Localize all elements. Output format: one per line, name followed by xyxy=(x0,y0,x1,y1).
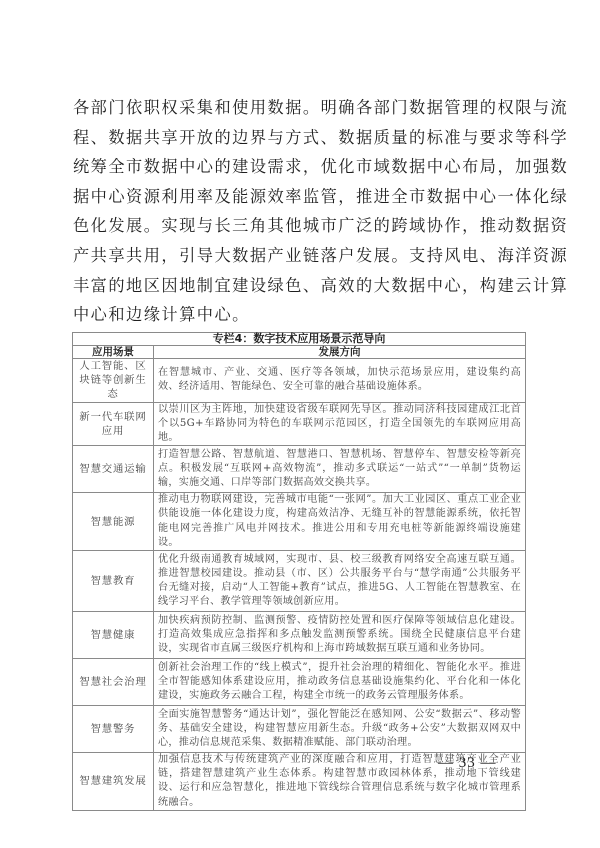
table-row: 智慧警务 全面实施智慧警务“通达计划”，强化智能泛在感知网、公安“数据云”、移动… xyxy=(73,706,526,753)
direction-cell: 打造智慧公路、智慧航道、智慧港口、智慧机场、智慧停车、智慧安检等新亮点。积极发展… xyxy=(154,446,526,493)
scene-cell: 智慧警务 xyxy=(73,706,154,753)
direction-cell: 推动电力物联网建设，完善城市电能“一张网”。加大工业园区、重点工业企业供能设施一… xyxy=(154,493,526,551)
paragraph-line: 程、数据共享开放的边界与方式、数据质量的标准与要求等科学 xyxy=(73,123,533,153)
scene-cell: 智慧交通运输 xyxy=(73,446,154,493)
scene-cell: 智慧教育 xyxy=(73,551,154,612)
document-page: 各部门依职权采集和使用数据。明确各部门数据管理的权限与流 程、数据共享开放的边界… xyxy=(0,0,600,848)
table-header-row: 应用场景 发展方向 xyxy=(73,346,526,359)
paragraph-line: 统筹全市数据中心的建设需求，优化市域数据中心布局，加强数 xyxy=(73,152,533,182)
scene-cell: 新一代车联网应用 xyxy=(73,402,154,446)
paragraph-line: 各部门依职权采集和使用数据。明确各部门数据管理的权限与流 xyxy=(73,93,533,123)
table-row: 新一代车联网应用 以崇川区为主阵地，加快建设省级车联网先导区。推动同济科技园建成… xyxy=(73,402,526,446)
scene-cell: 智慧建筑发展 xyxy=(73,753,154,811)
direction-cell: 加快疾病预防控制、监测预警、疫情防控处置和医疗保障等领域信息化建设。打造高效集成… xyxy=(154,612,526,659)
body-paragraph: 各部门依职权采集和使用数据。明确各部门数据管理的权限与流 程、数据共享开放的边界… xyxy=(73,93,533,330)
direction-cell: 在智慧城市、产业、交通、医疗等各领域，加快示范场景应用，建设集约高效、经济适用、… xyxy=(154,359,526,403)
table-row: 智慧能源 推动电力物联网建设，完善城市电能“一张网”。加大工业园区、重点工业企业… xyxy=(73,493,526,551)
scene-cell: 智慧能源 xyxy=(73,493,154,551)
paragraph-line: 中心和边缘计算中心。 xyxy=(73,300,533,330)
column-header-scene: 应用场景 xyxy=(73,346,154,359)
scene-cell: 人工智能、区块链等创新生态 xyxy=(73,359,154,403)
scene-cell: 智慧健康 xyxy=(73,612,154,659)
paragraph-line: 产共享共用，引导大数据产业链落户发展。支持风电、海洋资源 xyxy=(73,241,533,271)
paragraph-line: 据中心资源利用率及能源效率监管，推进全市数据中心一体化绿 xyxy=(73,182,533,212)
feature-box-table: 专栏4：数字技术应用场景示范导向 应用场景 发展方向 人工智能、区块链等创新生态… xyxy=(72,332,526,811)
table-row: 智慧教育 优化升级南通教育城域网，实现市、县、校三级教育网络安全高速互联互通。推… xyxy=(73,551,526,612)
table-title: 专栏4：数字技术应用场景示范导向 xyxy=(73,333,526,346)
table-row: 智慧健康 加快疾病预防控制、监测预警、疫情防控处置和医疗保障等领域信息化建设。打… xyxy=(73,612,526,659)
scene-cell: 智慧社会治理 xyxy=(73,659,154,706)
table-row: 人工智能、区块链等创新生态 在智慧城市、产业、交通、医疗等各领域，加快示范场景应… xyxy=(73,359,526,403)
direction-cell: 优化升级南通教育城域网，实现市、县、校三级教育网络安全高速互联互通。推进智慧校园… xyxy=(154,551,526,612)
page-number: — 33 — xyxy=(438,755,497,772)
column-header-direction: 发展方向 xyxy=(154,346,526,359)
direction-cell: 全面实施智慧警务“通达计划”，强化智能泛在感知网、公安“数据云”、移动警务、基础… xyxy=(154,706,526,753)
table-row: 智慧社会治理 创新社会治理工作的“线上模式”，提升社会治理的精细化、智能化水平。… xyxy=(73,659,526,706)
paragraph-line: 丰富的地区因地制宜建设绿色、高效的大数据中心，构建云计算 xyxy=(73,271,533,301)
direction-cell: 以崇川区为主阵地，加快建设省级车联网先导区。推动同济科技园建成江北首个以5G+车… xyxy=(154,402,526,446)
table-title-row: 专栏4：数字技术应用场景示范导向 xyxy=(73,333,526,346)
table-row: 智慧交通运输 打造智慧公路、智慧航道、智慧港口、智慧机场、智慧停车、智慧安检等新… xyxy=(73,446,526,493)
paragraph-line: 色化发展。实现与长三角其他城市广泛的跨域协作，推动数据资 xyxy=(73,211,533,241)
direction-cell: 创新社会治理工作的“线上模式”，提升社会治理的精细化、智能化水平。推进全市智能感… xyxy=(154,659,526,706)
